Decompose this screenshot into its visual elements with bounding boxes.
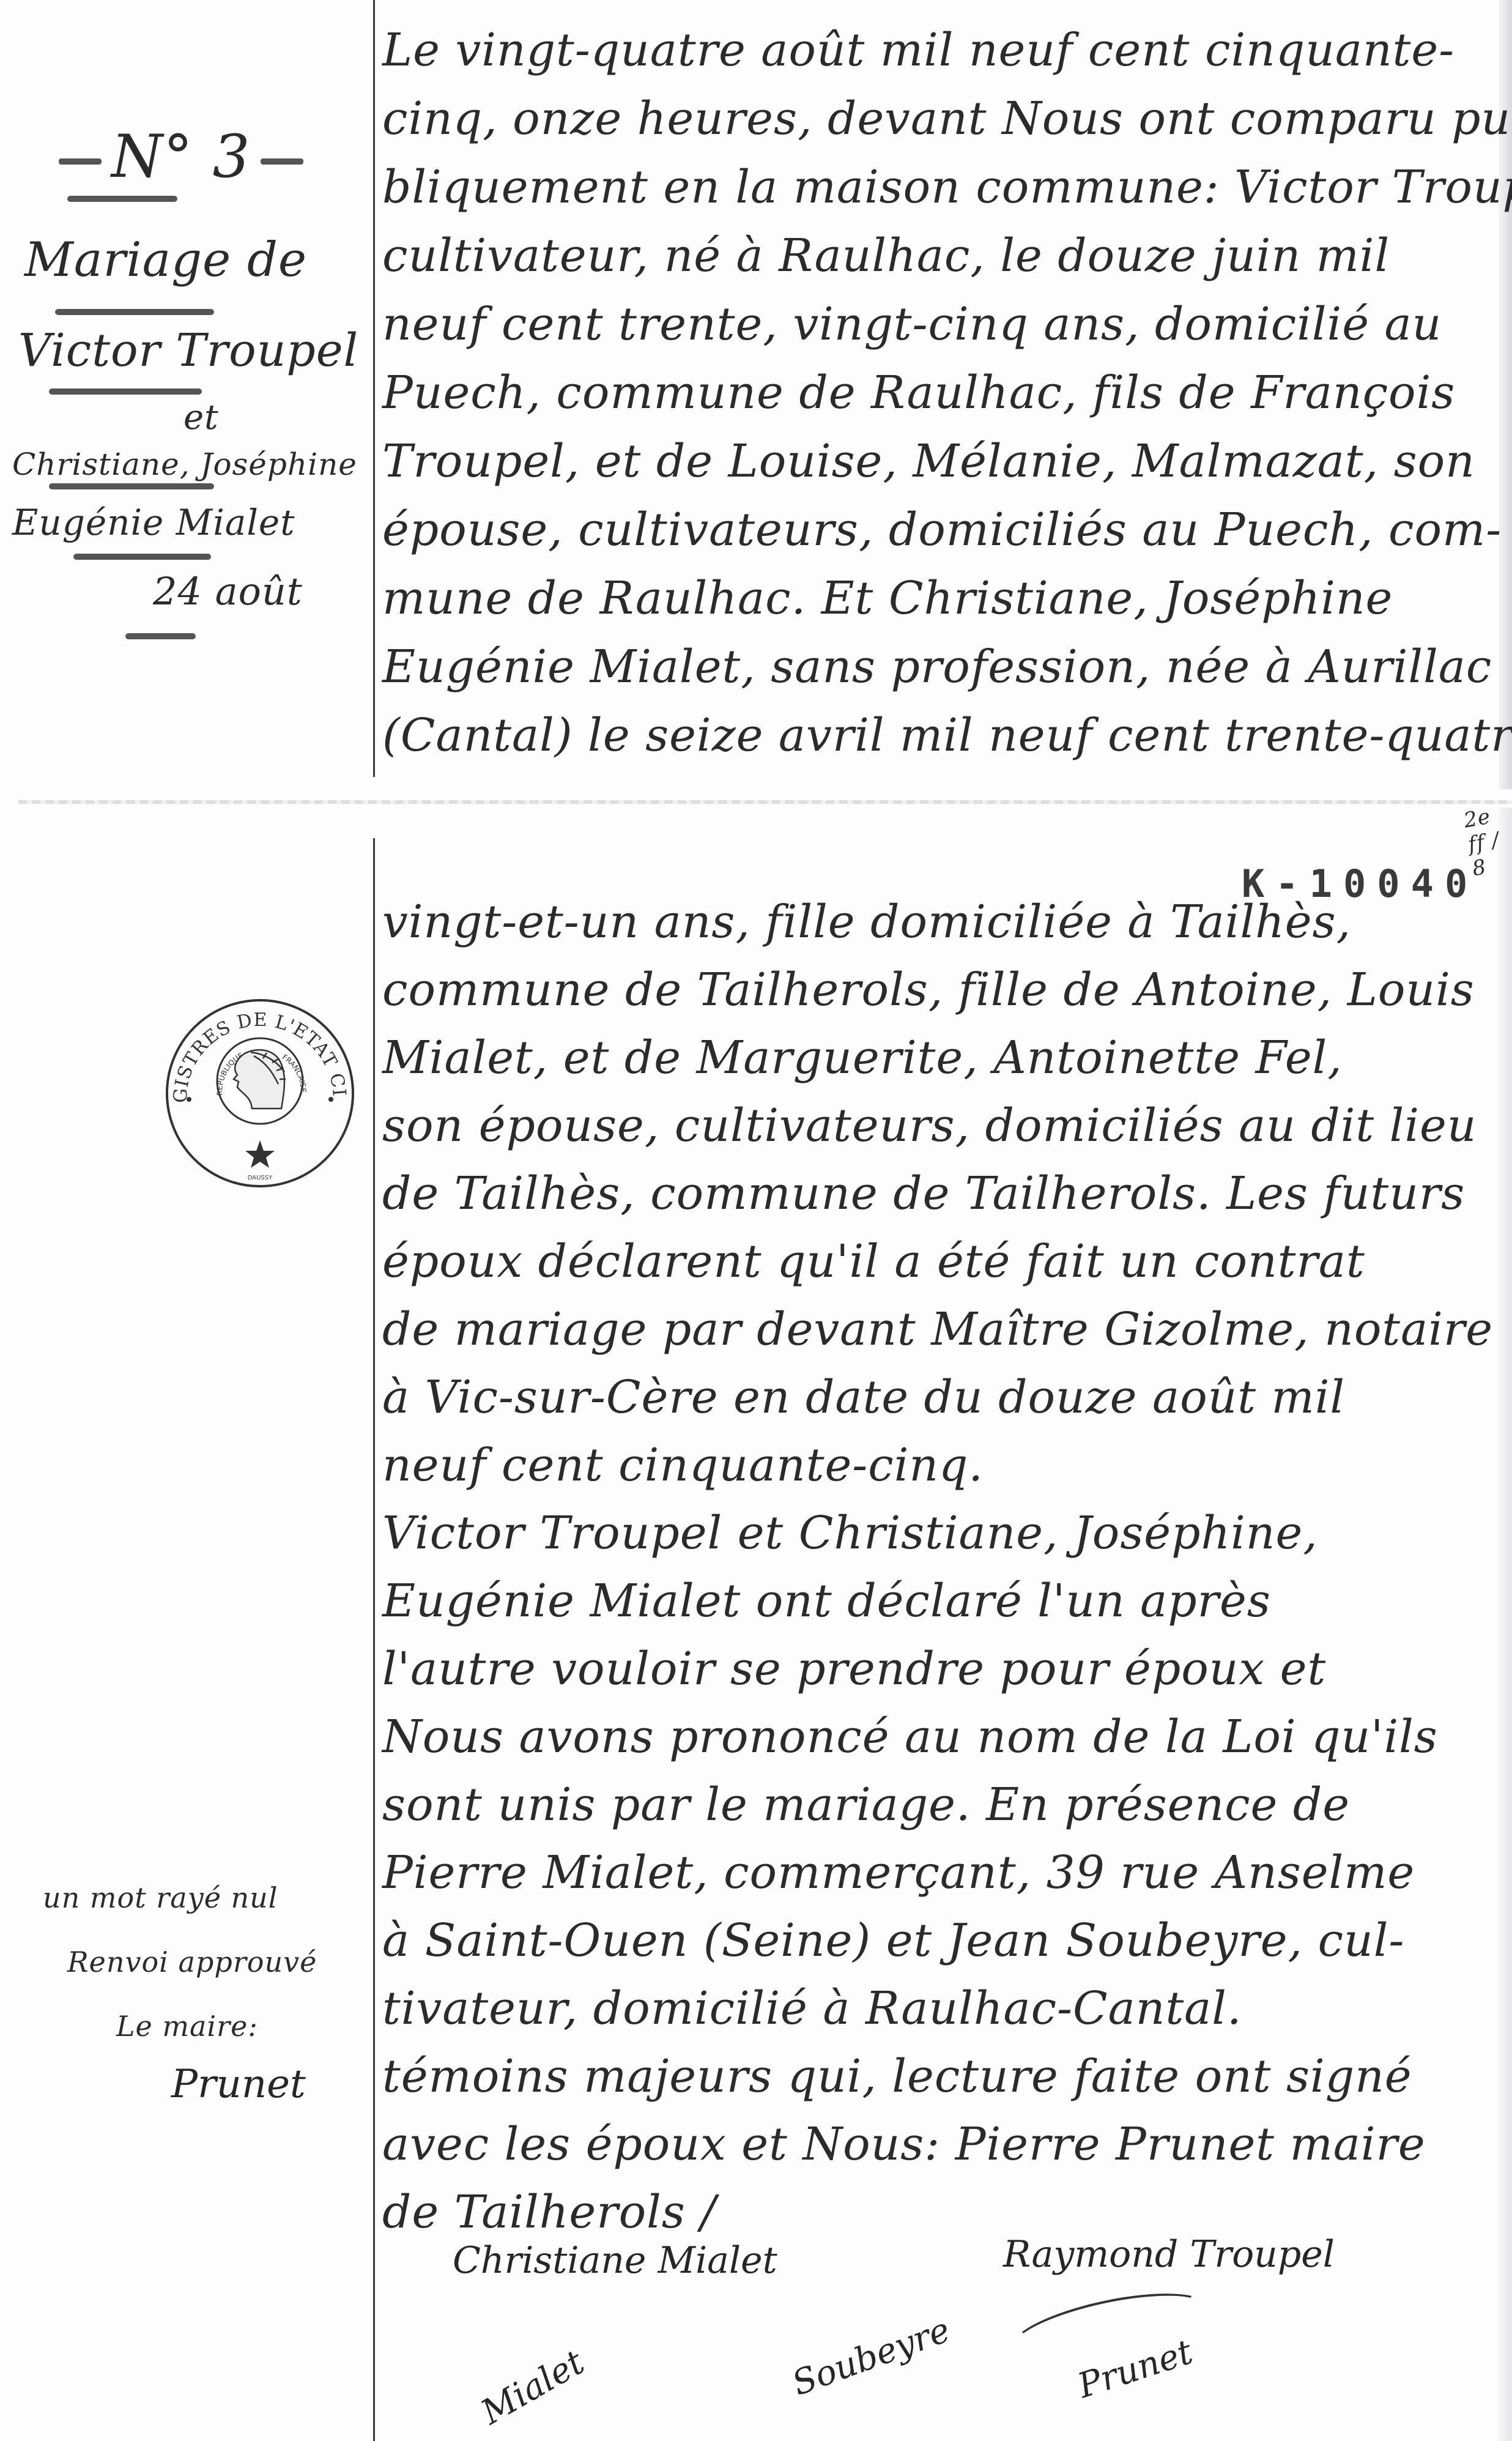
conjunction: et	[183, 398, 219, 437]
bride-name-line2: Eugénie Mialet	[12, 502, 295, 543]
act-text-line: à Vic-sur-Cère en date du douze août mil	[382, 1375, 1345, 1420]
bride-name-line1: Christiane, Joséphine	[12, 447, 357, 482]
act-text-line: son épouse, cultivateurs, domiciliés au …	[382, 1103, 1477, 1148]
mayor-margin-signature: Prunet	[171, 2062, 306, 2107]
margin-note-line: Renvoi approuvé	[67, 1945, 317, 1978]
act-text-line: Nous avons prononcé au nom de la Loi qu'…	[382, 1714, 1438, 1759]
underline	[125, 633, 196, 639]
act-number: N° 3	[49, 122, 313, 191]
underline	[73, 554, 211, 560]
entry-date: 24 août	[153, 569, 303, 614]
act-text-line: (Cantal) le seize avril mil neuf cent tr…	[382, 713, 1512, 758]
margin-rule	[373, 838, 375, 2441]
underline	[49, 388, 202, 395]
act-number-text: N° 3	[111, 122, 251, 191]
act-text-line: cultivateur, né à Raulhac, le douze juin…	[382, 233, 1390, 278]
act-text-line: neuf cent cinquante-cinq.	[382, 1443, 984, 1488]
act-text-line: épouse, cultivateurs, domiciliés au Puec…	[382, 507, 1502, 552]
act-text-line: l'autre vouloir se prendre pour époux et	[382, 1646, 1326, 1692]
register-page: N° 3 Mariage de Victor Troupel et Christ…	[0, 0, 1512, 2441]
signature-witness-2: Soubeyre	[787, 2310, 955, 2404]
act-text-line: vingt-et-un ans, fille domiciliée à Tail…	[382, 899, 1351, 945]
star-icon	[245, 1140, 275, 1168]
act-text-line: de mariage par devant Maître Gizolme, no…	[382, 1307, 1493, 1352]
underline	[67, 196, 177, 202]
act-text-line: Victor Troupel et Christiane, Joséphine,	[382, 1510, 1318, 1556]
signature-witness-1: Mialet	[475, 2343, 591, 2432]
signature-bride: Christiane Mialet	[453, 2239, 777, 2282]
act-text-line: Puech, commune de Raulhac, fils de Franç…	[382, 370, 1455, 415]
margin-rule	[373, 0, 375, 777]
act-text-line: Le vingt-quatre août mil neuf cent cinqu…	[382, 28, 1455, 73]
entry-title: Mariage de	[24, 232, 307, 288]
civil-registry-seal: REGISTRES DE L'ETAT CIVIL REPUBLIQUE FRA…	[159, 992, 361, 1194]
act-text-line: de Tailhès, commune de Tailherols. Les f…	[382, 1171, 1465, 1216]
act-text-line: à Saint-Ouen (Seine) et Jean Soubeyre, c…	[382, 1918, 1404, 1963]
act-text-line: tivateur, domicilié à Raulhac-Cantal.	[382, 1986, 1242, 2031]
dash-decoration	[59, 158, 102, 165]
act-text-line: bliquement en la maison commune: Victor …	[382, 165, 1512, 210]
act-text-line: sont unis par le mariage. En présence de	[382, 1782, 1350, 1827]
underline	[55, 309, 214, 315]
act-text-line: neuf cent trente, vingt-cinq ans, domici…	[382, 302, 1442, 347]
dash-decoration	[261, 158, 303, 165]
act-text-line: témoins majeurs qui, lecture faite ont s…	[382, 2054, 1412, 2099]
margin-note-line: un mot rayé nul	[43, 1881, 278, 1914]
underline	[49, 483, 214, 489]
act-text-line: commune de Tailherols, fille de Antoine,…	[382, 967, 1475, 1012]
act-text-line: époux déclarent qu'il a été fait un cont…	[382, 1239, 1365, 1284]
act-text-line: cinq, onze heures, devant Nous ont compa…	[382, 96, 1512, 141]
signature-groom: Raymond Troupel	[1003, 2233, 1335, 2276]
act-text-line: Eugénie Mialet ont déclaré l'un après	[382, 1578, 1271, 1624]
groom-name: Victor Troupel	[18, 324, 358, 377]
page-join-line	[18, 800, 1512, 804]
act-text-line: Troupel, et de Louise, Mélanie, Malmazat…	[382, 439, 1475, 484]
act-text-line: mune de Raulhac. Et Christiane, Joséphin…	[382, 576, 1393, 621]
act-text-line: Pierre Mialet, commerçant, 39 rue Anselm…	[382, 1850, 1415, 1895]
act-text-line: Mialet, et de Marguerite, Antoinette Fel…	[382, 1035, 1343, 1080]
scan-edge	[1499, 808, 1512, 2441]
margin-note-line: Le maire:	[116, 2010, 258, 2043]
act-text-line: Eugénie Mialet, sans profession, née à A…	[382, 644, 1492, 689]
act-text-line: avec les époux et Nous: Pierre Prunet ma…	[382, 2122, 1426, 2167]
act-text-line: de Tailherols /	[382, 2190, 716, 2235]
seal-engraver-text: DAUSSY	[248, 1175, 273, 1181]
